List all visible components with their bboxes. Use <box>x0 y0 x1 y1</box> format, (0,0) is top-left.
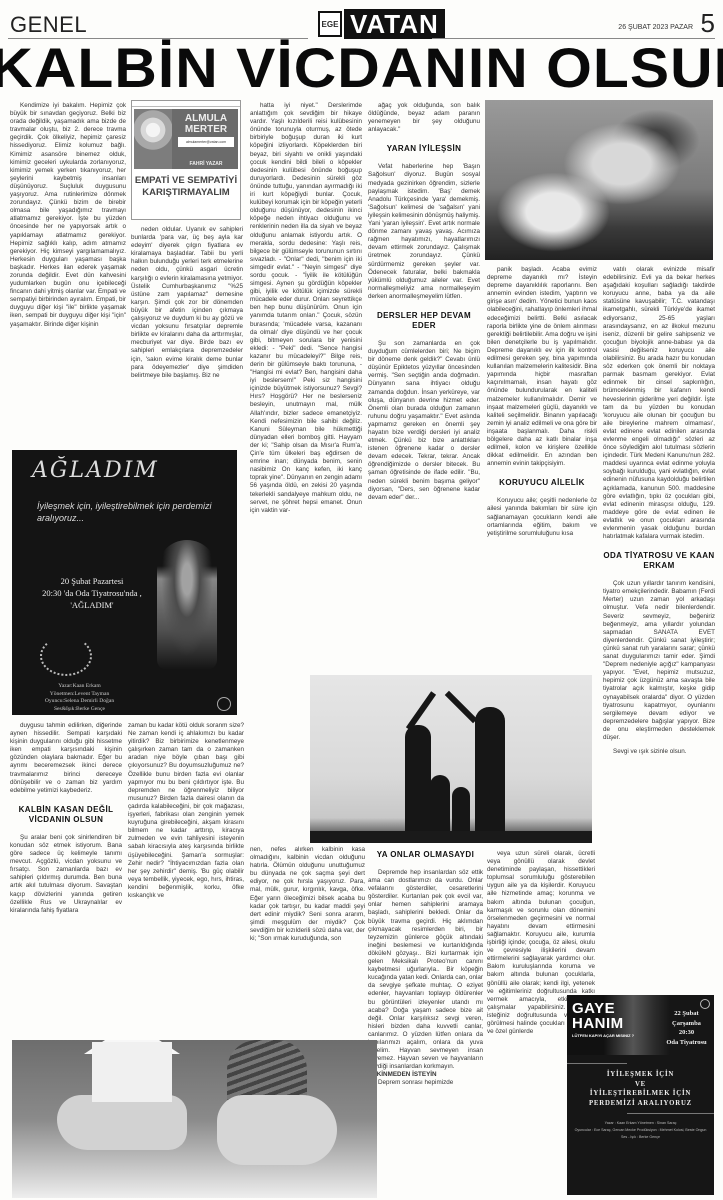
article-column-3-top: hatta iyi niyet." Derslerimde anlattığım… <box>250 102 362 670</box>
paragraph: Deprem sonrası hepimizde <box>368 1079 483 1087</box>
paragraph: panik başladı. Acaba evimiz depreme daya… <box>487 266 597 468</box>
logo-text: VATAN <box>344 9 445 39</box>
poster-time: 20:30 <box>659 1028 714 1038</box>
photo-elder-and-child <box>485 100 713 260</box>
photo-house-and-coins <box>12 1040 377 1198</box>
sign-off: Sevgi ve ışık sizinle olsun. <box>603 748 715 756</box>
slogan-line: İYİLEŞTİREBİLMEK İÇİN <box>567 1089 714 1099</box>
paragraph: Şu son zamanlarda en çok duyduğum cümlel… <box>368 340 480 502</box>
silhouette-child <box>430 775 450 833</box>
poster-title: AĞLADIM <box>32 458 159 483</box>
inline-subheading: ÇEKİNMEDEN İSTEYİN <box>368 1071 483 1079</box>
author-box: ALMULA MERTER almulamerter@vatan.com FAH… <box>131 100 241 220</box>
poster-slogan: İYİLEŞMEK İÇİN VE İYİLEŞTİREBİLMEK İÇİN … <box>567 1070 714 1108</box>
column-title: EMPATİ VE SEMPATİYİ KARIŞTIRMAYALIM <box>132 175 240 199</box>
subheading-oda-tiyatrosu: ODA TİYATROSU VE KAAN ERKAM <box>603 551 715 571</box>
paragraph: vatılı olarak evinizde misafir edebilirs… <box>603 266 715 541</box>
divider <box>567 1063 627 1064</box>
author-name: ALMULA MERTER <box>176 113 236 135</box>
poster-date-line: 20 Şubat Pazartesi <box>12 575 172 587</box>
theatre-seal-icon <box>700 999 710 1009</box>
model-house-icon <box>92 1042 172 1102</box>
poster-agladim: AĞLADIM İyileşmek için, iyileştirebilmek… <box>12 450 237 715</box>
divider <box>627 1113 714 1114</box>
theatre-seal-icon <box>217 697 231 711</box>
hand-holding-house <box>57 1095 187 1150</box>
paragraph: Vefat haberlerine hep 'Başın Sağolsun' d… <box>368 163 480 301</box>
author-role: FAHRİ YAZAR <box>176 161 236 167</box>
paragraph: nen, nefes alırken kalbinin kasa olmadığ… <box>250 846 365 943</box>
article-column-5-top: panik başladı. Acaba evimiz depreme daya… <box>487 266 597 670</box>
author-box-rule <box>132 101 240 107</box>
poster-subtitle: LÜTFEN KAPIYI AÇAR MISINIZ ? <box>572 1033 634 1038</box>
poster-gaye-hanim: GAYE HANIM LÜTFEN KAPIYI AÇAR MISINIZ ? … <box>567 995 714 1195</box>
silhouette-child <box>452 787 470 833</box>
article-column-4-low: YA ONLAR OLMASAYDI Depremde hep insanlar… <box>368 846 483 1196</box>
credit-writer: Yazar:Kaan Erkam <box>12 683 147 691</box>
author-first-name: ALMULA <box>176 113 236 124</box>
poster-tagline: İyileşmek için, iyileştirebilmek için pe… <box>37 500 237 524</box>
credit-director: Yönetmen:Levent Tayman <box>12 691 147 699</box>
laurel-award-icon <box>40 636 92 676</box>
article-column-1-top: Kendimize iyi bakalım. Hepimiz çok büyük… <box>10 102 126 442</box>
article-column-2-bottom: zaman bu kadar kötü olduk soranm size? N… <box>128 722 244 1034</box>
poster-venue: Oda Tiyatrosu <box>659 1038 714 1048</box>
poster-date: 20 Şubat Pazartesi 20:30 'da Oda Tiyatro… <box>12 575 172 611</box>
article-column-3-bottom: nen, nefes alırken kalbinin kasa olmadığ… <box>250 846 365 1036</box>
paragraph: duygusu tahmin edilirken, diğerinde ayne… <box>10 722 122 795</box>
poster-title: GAYE HANIM <box>572 1001 624 1031</box>
poster-title-line: GAYE <box>572 1001 624 1016</box>
poster-title-line: HANIM <box>572 1016 624 1031</box>
author-email[interactable]: almulamerter@vatan.com <box>178 137 234 147</box>
author-band: ALMULA MERTER almulamerter@vatan.com FAH… <box>134 109 238 169</box>
paragraph: Koruyucu aile; çeşitli nedenlerle öz ail… <box>487 497 597 537</box>
page-headline: KALBİN VİCDANIN OLSUN <box>0 40 723 96</box>
photo-family-silhouette <box>310 675 592 843</box>
article-column-1-bottom: duygusu tahmin edilirken, diğerinde ayne… <box>10 722 122 1034</box>
paragraph: neden oldular. Uyanık ev sahipleri bunla… <box>131 226 243 380</box>
logo-badge-icon: EGE <box>318 11 342 37</box>
subheading-yaran: YARAN İYİLEŞSİN <box>368 144 480 154</box>
author-photo <box>134 109 172 169</box>
silhouette-arm <box>445 691 478 724</box>
grass-ground <box>310 831 592 843</box>
silhouette-father <box>475 707 505 833</box>
slogan-line: PERDEMİZİ ARALIYORUZ <box>567 1099 714 1109</box>
article-column-4-top: ağaç yok olduğunda, son balık öldüğünde,… <box>368 102 480 670</box>
poster-time-line: 20:30 'da Oda Tiyatrosu'nda , <box>12 587 172 599</box>
poster-credits: Yazar : Kaan Erkam Yönetmen : Sinan Sara… <box>567 1120 714 1141</box>
hand-holding-coins <box>217 1095 337 1165</box>
article-column-6: vatılı olarak evinizde misafir edebilirs… <box>603 266 715 988</box>
paragraph: zaman bu kadar kötü olduk soranm size? N… <box>128 722 244 900</box>
author-last-name: MERTER <box>176 124 236 135</box>
slogan-line: İYİLEŞMEK İÇİN <box>567 1070 714 1080</box>
subheading-kalbin-kasan: KALBİN KASAN DEĞİL VİCDANIN OLSUN <box>10 805 122 825</box>
page-number: 5 <box>701 8 715 39</box>
poster-day: Çarşamba <box>659 1019 714 1029</box>
issue-date: 26 ŞUBAT 2023 PAZAR <box>618 24 693 31</box>
poster-play-name: 'AĞLADIM' <box>12 599 172 611</box>
subheading-koruyucu: KORUYUCU AİLELİK <box>487 478 597 488</box>
credit-actor: Oyuncu:Selena Demirli Doğan <box>12 698 147 706</box>
credits-line: Ses - Işık : Berke Gençe <box>567 1134 714 1141</box>
paragraph: hatta iyi niyet." Derslerimde anlattığım… <box>250 102 362 515</box>
paragraph: Depremde hep insanlardan söz ettik ama c… <box>368 869 483 1071</box>
slogan-line: VE <box>567 1080 714 1090</box>
silhouette-mother <box>405 725 431 833</box>
subheading-ya-onlar: YA ONLAR OLMASAYDI <box>368 850 483 860</box>
paragraph: Şu aralar beni çok sinirlendiren bir kon… <box>10 834 122 915</box>
subheading-dersler: DERSLER HEP DEVAM EDER <box>368 311 480 331</box>
poster-credits: Yazar:Kaan Erkam Yönetmen:Levent Tayman … <box>12 683 147 713</box>
paragraph: Kendimize iyi bakalım. Hepimiz çok büyük… <box>10 102 126 329</box>
poster-schedule: 22 Şubat Çarşamba 20:30 Oda Tiyatrosu <box>659 1009 714 1047</box>
paragraph: ağaç yok olduğunda, son balık öldüğünde,… <box>368 102 480 134</box>
paragraph: Çok uzun yıllardır tanırım kendisini, ti… <box>603 580 715 742</box>
section-name: GENEL <box>10 12 87 38</box>
article-column-2-top: neden oldular. Uyanık ev sahipleri bunla… <box>131 226 243 442</box>
credits-line: Yazar : Kaan Erkam Yönetmen : Sinan Sara… <box>567 1120 714 1127</box>
credits-line: Oyuncular : Ece Saraç, Gercan Mecke Prod… <box>567 1127 714 1134</box>
credit-light-sound: Ses&Işık:Berke Gençe <box>12 706 147 714</box>
coin-stack-icon <box>227 1040 307 1100</box>
poster-date: 22 Şubat <box>659 1009 714 1019</box>
